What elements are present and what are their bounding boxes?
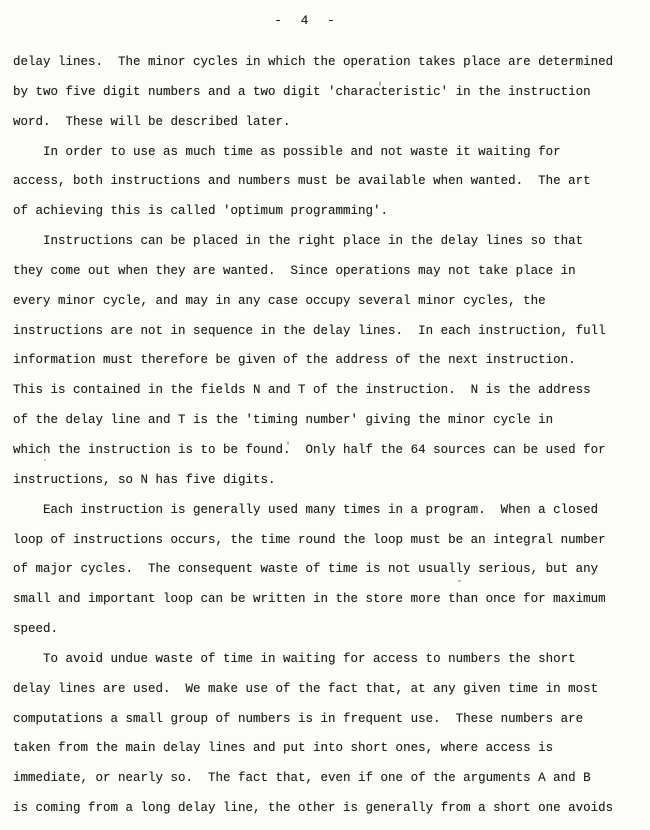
text-line: immediate, or nearly so. The fact that, … [13,764,638,794]
text-line: word. These will be described later. [13,108,638,138]
text-line: of achieving this is called 'optimum pro… [13,197,638,227]
text-line: delay lines are used. We make use of the… [13,675,638,705]
text-line: is coming from a long delay line, the ot… [13,794,638,824]
text-line: which the instruction is to be found. On… [13,436,638,466]
paragraph: In order to use as much time as possible… [13,138,638,228]
paragraph: delay lines. The minor cycles in which t… [13,48,638,138]
text-line: To avoid undue waste of time in waiting … [13,645,638,675]
scan-speck [287,441,289,445]
text-line: information must therefore be given of t… [13,346,638,376]
text-line: speed. [13,615,638,645]
text-line: instructions, so N has five digits. [13,466,638,496]
text-line: instructions are not in sequence in the … [13,317,638,347]
text-line: Instructions can be placed in the right … [13,227,638,257]
text-line: small and important loop can be written … [13,585,638,615]
paragraph: Each instruction is generally used many … [13,496,638,645]
scan-speck [44,459,46,461]
text-line: This is contained in the fields N and T … [13,376,638,406]
page-body: delay lines. The minor cycles in which t… [0,48,650,824]
text-line: computations a small group of numbers is… [13,705,638,735]
scan-speck [379,81,381,86]
scan-speck [458,580,461,582]
text-line: loop of instructions occurs, the time ro… [13,526,638,556]
text-line: In order to use as much time as possible… [13,138,638,168]
text-line: taken from the main delay lines and put … [13,734,638,764]
text-line: every minor cycle, and may in any case o… [13,287,638,317]
text-line: of the delay line and T is the 'timing n… [13,406,638,436]
document-page: - 4 - delay lines. The minor cycles in w… [0,0,650,830]
page-number: - 4 - [0,13,630,33]
paragraph: To avoid undue waste of time in waiting … [13,645,638,824]
text-line: they come out when they are wanted. Sinc… [13,257,638,287]
text-line: access, both instructions and numbers mu… [13,167,638,197]
text-line: of major cycles. The consequent waste of… [13,555,638,585]
paragraph: Instructions can be placed in the right … [13,227,638,496]
text-line: by two five digit numbers and a two digi… [13,78,638,108]
text-line: delay lines. The minor cycles in which t… [13,48,638,78]
text-line: Each instruction is generally used many … [13,496,638,526]
